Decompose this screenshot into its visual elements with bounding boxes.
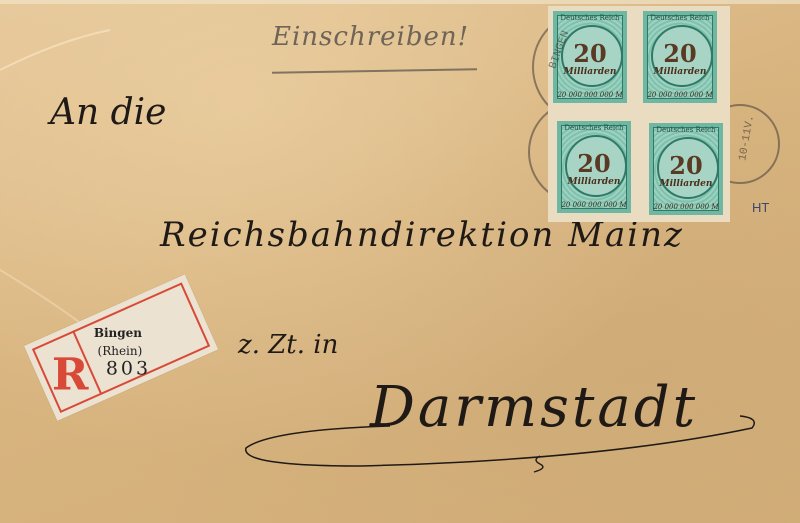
registered-instruction: Einschreiben!	[272, 22, 469, 52]
stamp: Deutsches Reich 20 Milliarden 20 000 000…	[554, 118, 634, 216]
envelope-top-edge	[0, 0, 800, 4]
registration-number: 803	[106, 358, 151, 380]
stamp: Deutsches Reich 20 Milliarden 20 000 000…	[640, 8, 720, 106]
underline-flourish	[240, 408, 760, 478]
stamp-amount: 20 000 000 000 M	[649, 203, 723, 211]
label-town: Bingen	[94, 326, 142, 340]
stamp-country: Deutsches Reich	[557, 124, 631, 132]
stamp-value-word: Milliarden	[553, 67, 627, 77]
care-of-line: z. Zt. in	[238, 330, 338, 360]
stamp-value-word: Milliarden	[643, 67, 717, 77]
stamp-value: 20	[643, 39, 717, 68]
salutation: An die	[50, 92, 167, 133]
stamp-value: 20	[557, 149, 631, 178]
envelope: Einschreiben! An die Reichsbahndirektion…	[0, 0, 800, 523]
stamp-value-word: Milliarden	[649, 179, 723, 189]
stamp-amount: 20 000 000 000 M	[553, 91, 627, 99]
pencil-note: HT	[752, 200, 769, 215]
stamp-country: Deutsches Reich	[649, 126, 723, 134]
stamp-amount: 20 000 000 000 M	[643, 91, 717, 99]
stamp: Deutsches Reich 20 Milliarden 20 000 000…	[646, 120, 726, 218]
registration-letter: R	[52, 350, 89, 401]
label-region: (Rhein)	[98, 344, 143, 358]
instruction-underline	[272, 68, 477, 74]
stamp-amount: 20 000 000 000 M	[557, 201, 631, 209]
stamp-country: Deutsches Reich	[643, 14, 717, 22]
stamp-value-word: Milliarden	[557, 177, 631, 187]
stamp-block: Deutsches Reich 20 Milliarden 20 000 000…	[548, 6, 730, 222]
stamp-value: 20	[649, 151, 723, 180]
registration-label: R Bingen (Rhein) 803	[24, 274, 218, 420]
stamp-country: Deutsches Reich	[553, 14, 627, 22]
